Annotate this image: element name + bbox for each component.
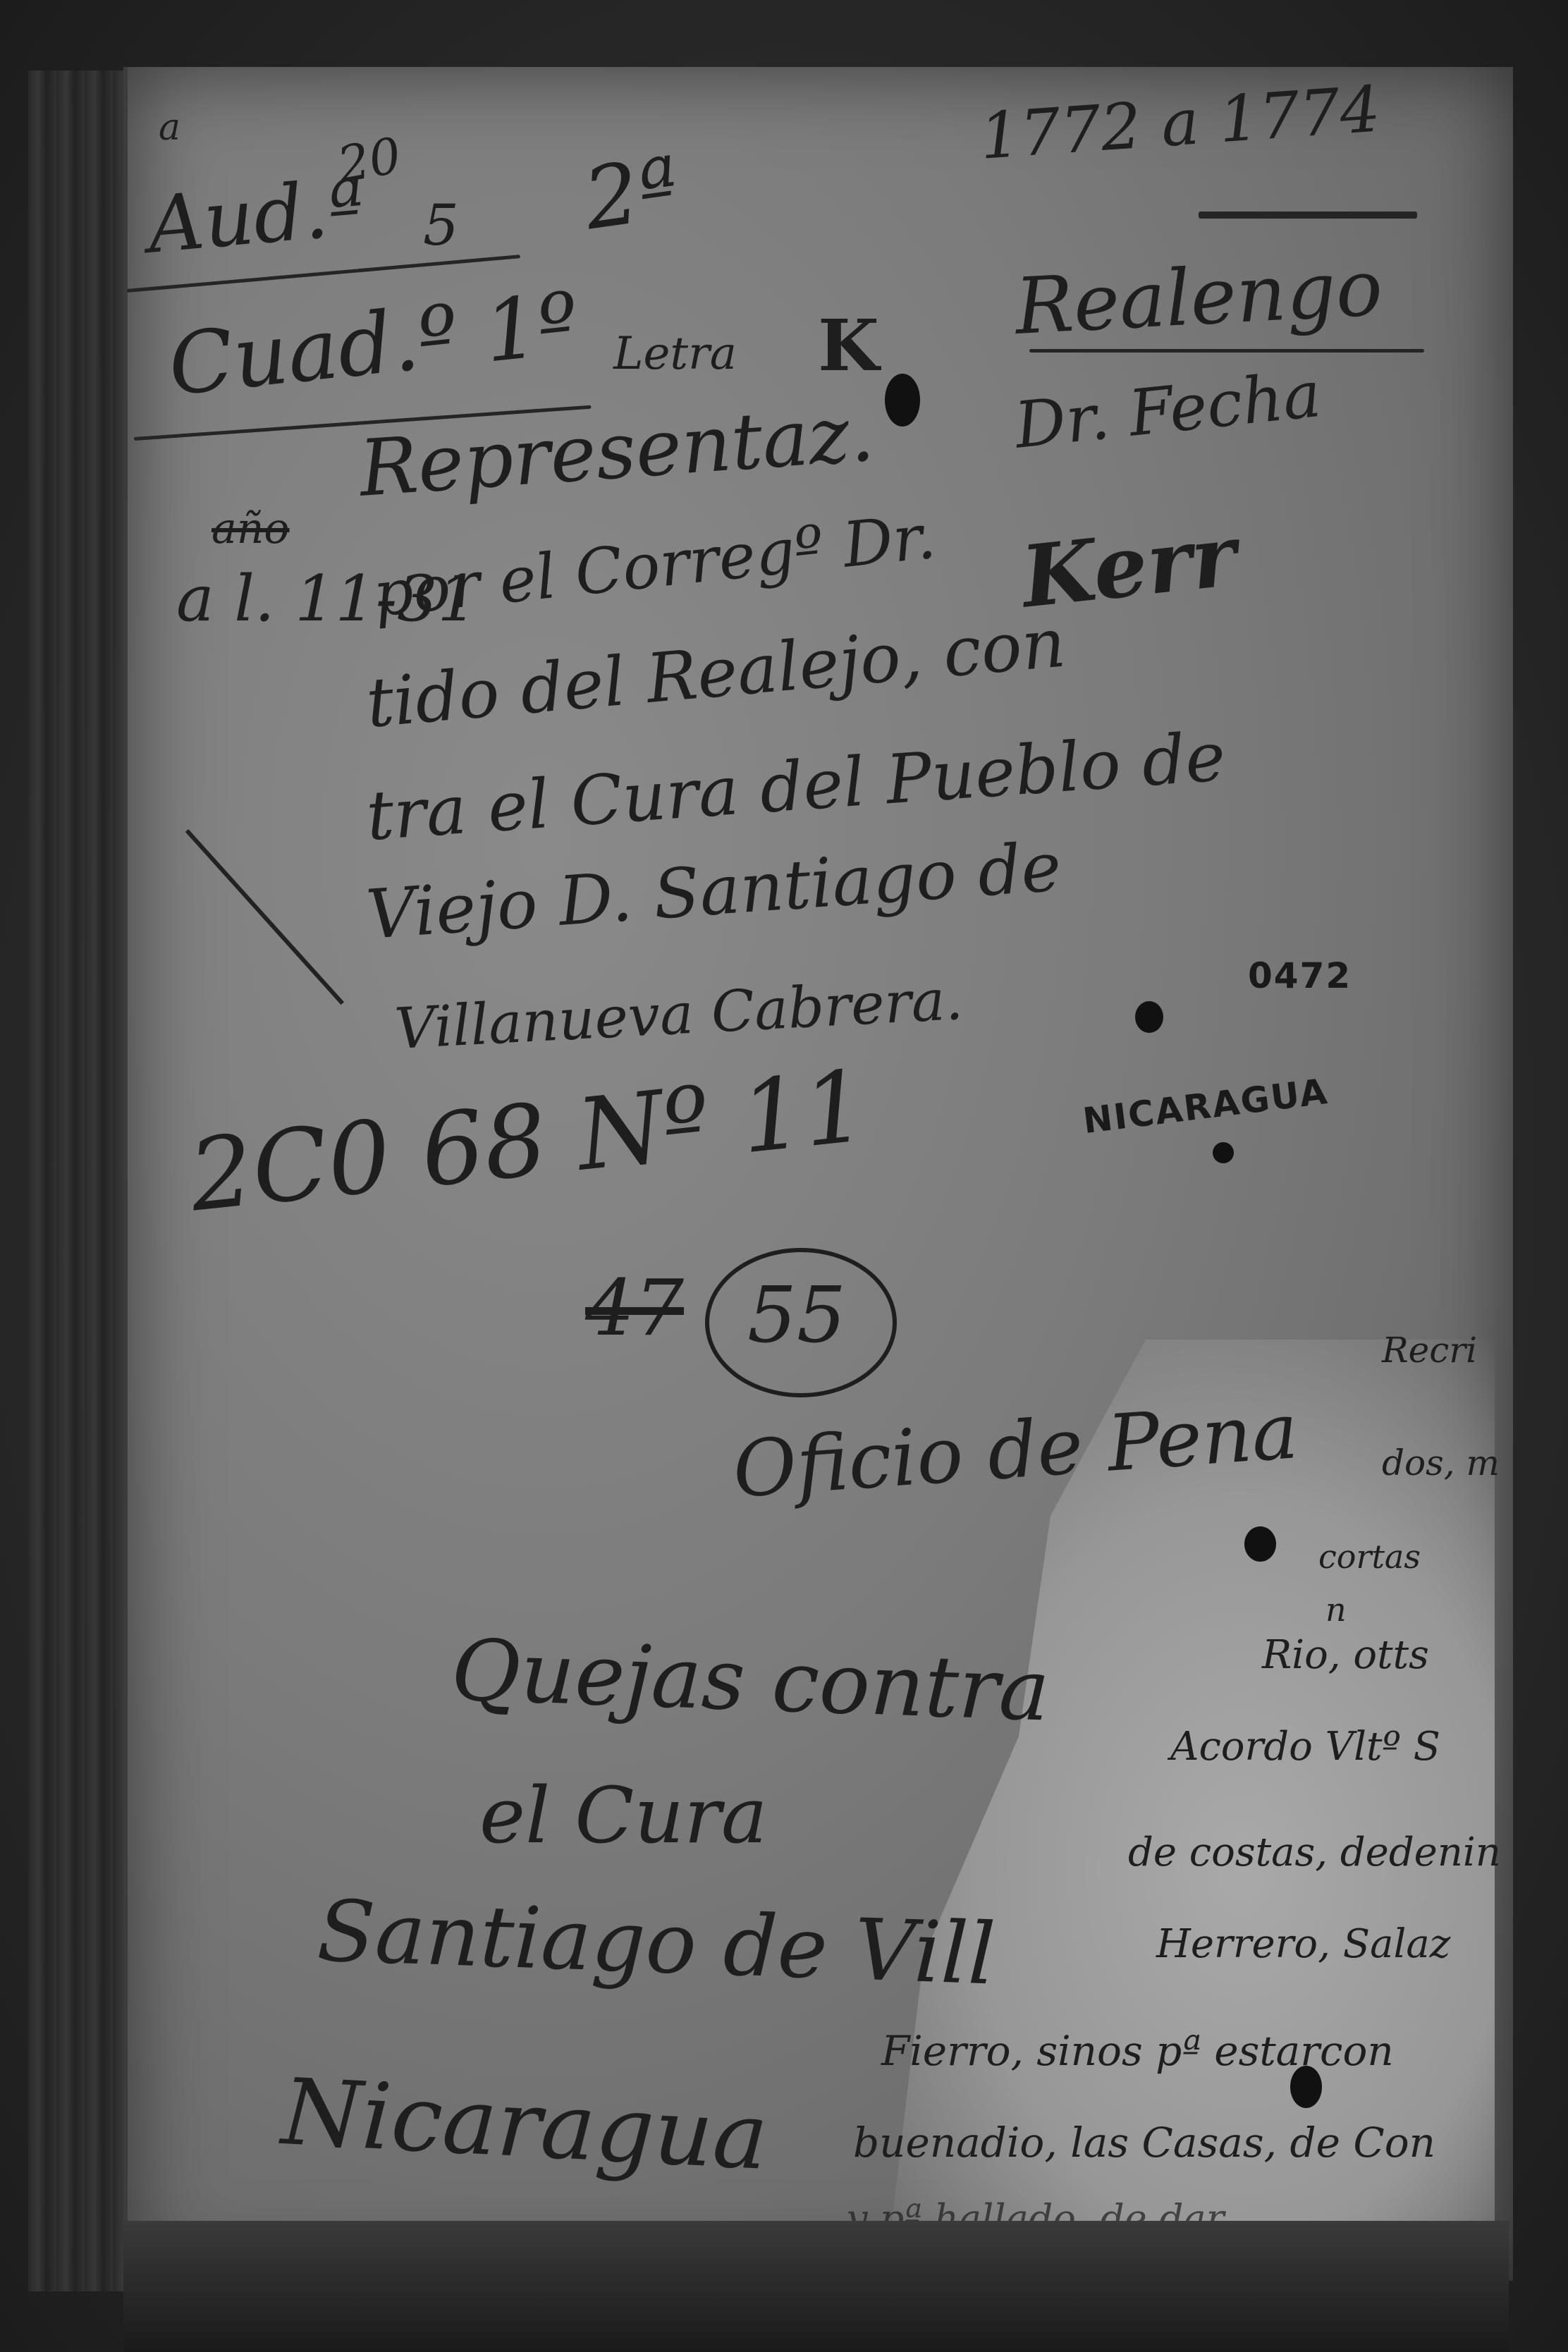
ink-blot [1290, 2066, 1322, 2108]
letra-label: Letra [613, 331, 737, 376]
ink-blot [1244, 1526, 1276, 1562]
right-margin-line: dos, m [1382, 1445, 1500, 1481]
legajo-prefix: 2ª [580, 146, 685, 243]
struck-number: 47 [585, 1269, 684, 1347]
letra-value: K [818, 310, 879, 381]
realengo-label: Realengo [1013, 249, 1384, 345]
subject-nicaragua: Nicaragua [280, 2066, 771, 2183]
subject-quejas: Quejas contra [450, 1629, 1051, 1734]
realengo-underline [1029, 349, 1424, 353]
folio-stamp: 0472 [1248, 955, 1352, 996]
right-margin-line: cortas [1318, 1541, 1421, 1573]
right-margin-line: buenadio, las Casas, de Con [853, 2122, 1435, 2163]
audiencia-number: 20 [334, 130, 405, 190]
ink-blot [1213, 1142, 1234, 1163]
right-margin-line: de costas, dedenin [1128, 1833, 1501, 1873]
right-margin-line: Herrero, Salaz [1156, 1925, 1450, 1964]
margin-note-year: año [212, 508, 290, 550]
audiencia-label: Aud.ª [145, 168, 367, 264]
subject-santiago: Santiago de Vill [316, 1889, 997, 1998]
right-margin-line: Recri [1382, 1333, 1477, 1368]
audiencia-sub: 5 [423, 197, 459, 254]
year-underline [1199, 212, 1417, 219]
scan-bottom-shadow [123, 2221, 1509, 2352]
subject-cura: el Cura [479, 1777, 767, 1854]
ink-blot [1135, 1001, 1163, 1033]
right-margin-line: Acordo Vltº S [1170, 1727, 1440, 1767]
right-margin-line: Rio, otts [1262, 1636, 1429, 1675]
top-left-mark: a [159, 109, 180, 146]
right-margin-line: n [1325, 1593, 1347, 1626]
right-margin-line: Fierro, sinos pª estarcon [881, 2031, 1394, 2071]
ink-blot [885, 374, 920, 427]
circled-number: 55 [747, 1276, 846, 1354]
